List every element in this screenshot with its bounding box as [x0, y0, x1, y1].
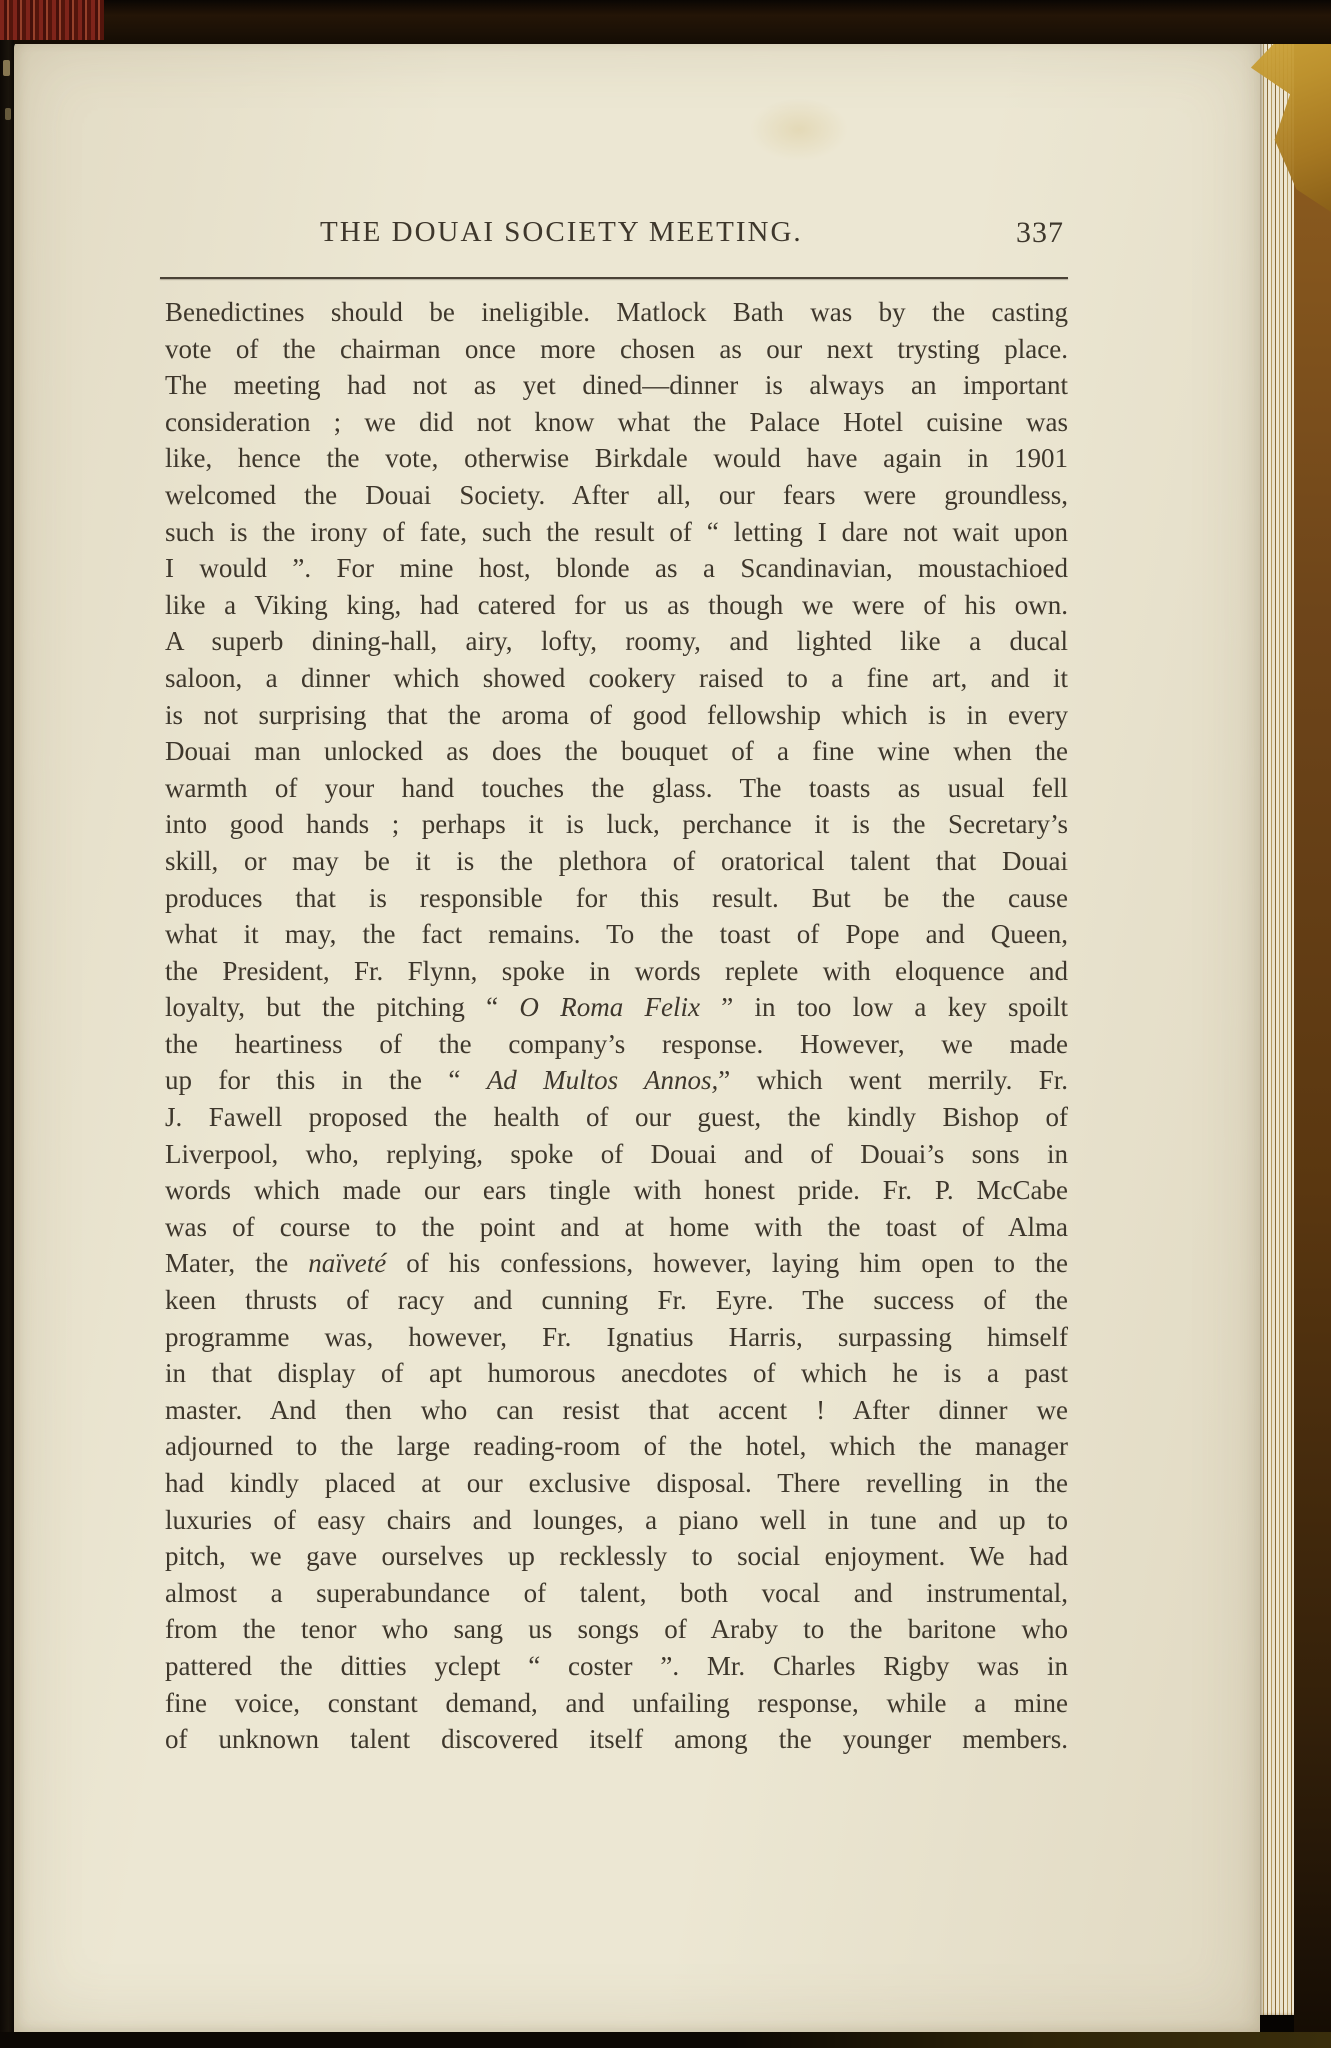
text-line: The meeting had not as yet dined—dinner …: [165, 367, 1068, 404]
text-line: of unknown talent discovered itself amon…: [165, 1721, 1068, 1758]
text-line: keen thrusts of racy and cunning Fr. Eyr…: [165, 1282, 1068, 1319]
text-line: J. Fawell proposed the health of our gue…: [165, 1099, 1068, 1136]
text-line: welcomed the Douai Society. After all, o…: [165, 477, 1068, 514]
text-line: master. And then who can resist that acc…: [165, 1392, 1068, 1429]
text-line: saloon, a dinner which showed cookery ra…: [165, 660, 1068, 697]
book-page-scan: THE DOUAI SOCIETY MEETING. 337 Benedicti…: [0, 0, 1331, 2048]
book-left-edge: [0, 40, 14, 2048]
text-line: is not surprising that the aroma of good…: [165, 697, 1068, 734]
text-line: I would ”. For mine host, blonde as a Sc…: [165, 550, 1068, 587]
page-edge-speck: [5, 108, 11, 120]
text-line: vote of the chairman once more chosen as…: [165, 331, 1068, 368]
page: THE DOUAI SOCIETY MEETING. 337 Benedicti…: [14, 40, 1260, 2032]
text-line: from the tenor who sang us songs of Arab…: [165, 1611, 1068, 1648]
text-line: had kindly placed at our exclusive dispo…: [165, 1465, 1068, 1502]
text-line: produces that is responsible for this re…: [165, 880, 1068, 917]
text-line: the President, Fr. Flynn, spoke in words…: [165, 953, 1068, 990]
text-line: Liverpool, who, replying, spoke of Douai…: [165, 1136, 1068, 1173]
text-line: Douai man unlocked as does the bouquet o…: [165, 733, 1068, 770]
text-line: in that display of apt humorous anecdote…: [165, 1355, 1068, 1392]
text-line: luxuries of easy chairs and lounges, a p…: [165, 1502, 1068, 1539]
text-line: such is the irony of fate, such the resu…: [165, 514, 1068, 551]
page-number: 337: [1016, 216, 1064, 250]
text-line: Mater, the naïveté of his confessions, h…: [165, 1245, 1068, 1282]
text-line: programme was, however, Fr. Ignatius Har…: [165, 1319, 1068, 1356]
text-line: consideration ; we did not know what the…: [165, 404, 1068, 441]
page-edge-speck: [3, 60, 10, 76]
book-spine-cloth: [0, 0, 104, 40]
text-line: Benedictines should be ineligible. Matlo…: [165, 294, 1068, 331]
text-line: almost a superabundance of talent, both …: [165, 1575, 1068, 1612]
book-cover-right: [1294, 0, 1331, 2048]
book-cover-bottom-edge: [0, 2032, 1331, 2048]
text-line: skill, or may be it is the plethora of o…: [165, 843, 1068, 880]
text-line: words which made our ears tingle with ho…: [165, 1172, 1068, 1209]
text-line: fine voice, constant demand, and unfaili…: [165, 1685, 1068, 1722]
text-line: warmth of your hand touches the glass. T…: [165, 770, 1068, 807]
text-line: what it may, the fact remains. To the to…: [165, 916, 1068, 953]
text-line: loyalty, but the pitching “ O Roma Felix…: [165, 989, 1068, 1026]
page-edges: [1260, 40, 1296, 2015]
text-line: pitch, we gave ourselves up recklessly t…: [165, 1538, 1068, 1575]
text-line: up for this in the “ Ad Multos Annos,” w…: [165, 1062, 1068, 1099]
text-line: pattered the ditties yclept “ coster ”. …: [165, 1648, 1068, 1685]
text-line: the heartiness of the company’s response…: [165, 1026, 1068, 1063]
text-line: into good hands ; perhaps it is luck, pe…: [165, 806, 1068, 843]
text-line: like, hence the vote, otherwise Birkdale…: [165, 440, 1068, 477]
text-line: A superb dining-hall, airy, lofty, roomy…: [165, 623, 1068, 660]
text-line: was of course to the point and at home w…: [165, 1209, 1068, 1246]
text-line: like a Viking king, had catered for us a…: [165, 587, 1068, 624]
text-line: adjourned to the large reading-room of t…: [165, 1428, 1068, 1465]
body-text: Benedictines should be ineligible. Matlo…: [165, 294, 1068, 1758]
book-cover-top-edge: [0, 0, 1331, 44]
running-header: THE DOUAI SOCIETY MEETING.: [320, 216, 803, 249]
header-rule: [160, 277, 1068, 279]
